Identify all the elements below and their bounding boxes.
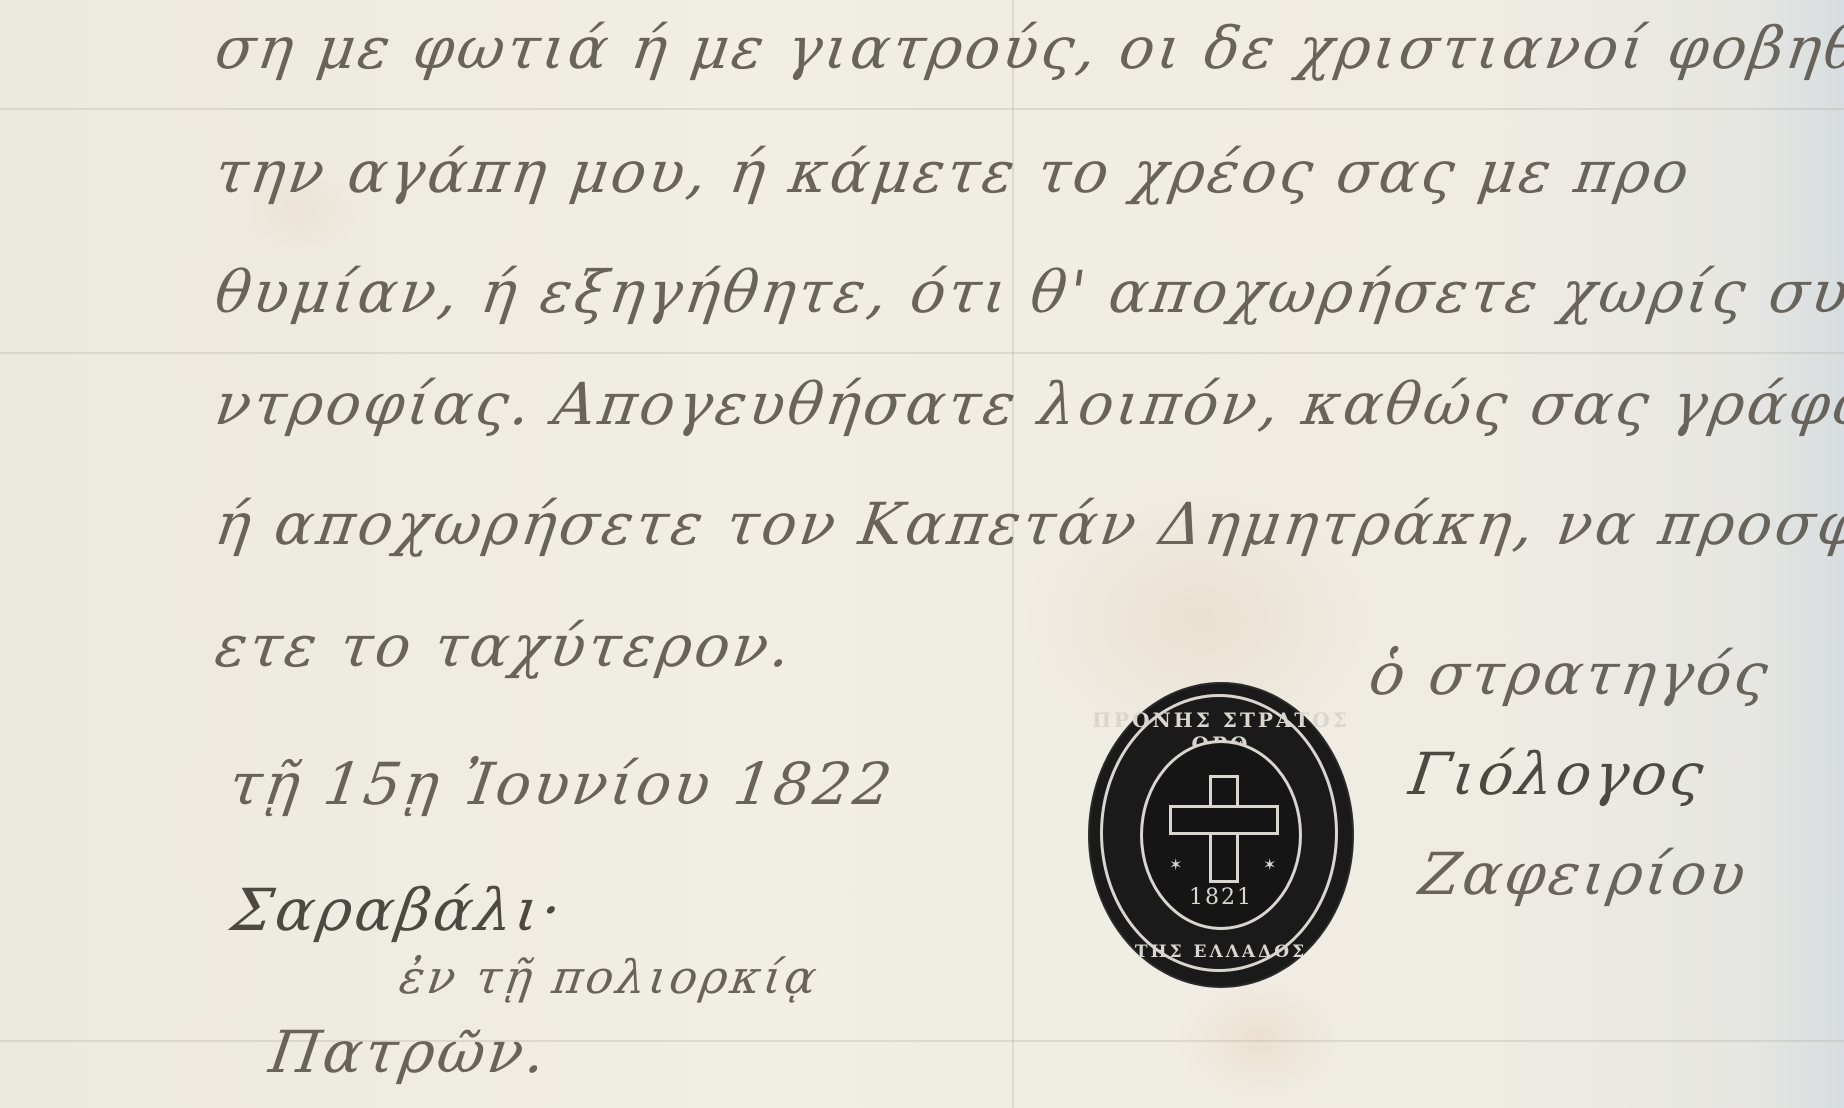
- seal-inscription-bottom: ΤΗΣ ΕΛΛΑΔΟΣ: [1090, 942, 1352, 962]
- place-line: Σαραβάλι·: [227, 876, 568, 944]
- body-line: ντροφίας. Απογευθήσατε λοιπόν, καθώς σας…: [211, 370, 1844, 438]
- wax-seal-stamp: ΠΡΟΝΗΣ ΣΤΡΑΤΟΣ ΟΡΘ ✶ ✶ 1821 ΤΗΣ ΕΛΛΑΔΟΣ: [1090, 684, 1352, 986]
- signature-line: Γιόλογος: [1405, 740, 1710, 808]
- star-icon: ✶: [1263, 855, 1276, 874]
- body-line: την αγάπη μου, ή κάμετε το χρέος σας με …: [211, 138, 1696, 206]
- seal-year: 1821: [1143, 885, 1299, 910]
- place-line: Πατρῶν.: [265, 1018, 552, 1086]
- place-line: ἐν τῇ πολιορκίᾳ: [396, 950, 823, 1004]
- signature-line: ὁ στρατηγός: [1365, 640, 1775, 708]
- seal-inner-field: ✶ ✶ 1821: [1140, 740, 1302, 930]
- date-line: τῇ 15ῃ Ἰουνίου 1822: [225, 750, 898, 818]
- body-line: ση με φωτιά ή με γιατρούς, οι δε χριστια…: [211, 14, 1844, 82]
- body-line: θυμίαν, ή εξηγήθητε, ότι θ' αποχωρήσετε …: [211, 258, 1844, 326]
- body-line: ετε το ταχύτερον.: [211, 612, 797, 680]
- paper-fold-line: [0, 108, 1844, 110]
- body-line: ή αποχωρήσετε τον Καπετάν Δημητράκη, να …: [211, 490, 1844, 558]
- star-icon: ✶: [1169, 855, 1182, 874]
- paper-fold-line: [0, 352, 1844, 354]
- signature-line: Ζαφειρίου: [1415, 840, 1753, 908]
